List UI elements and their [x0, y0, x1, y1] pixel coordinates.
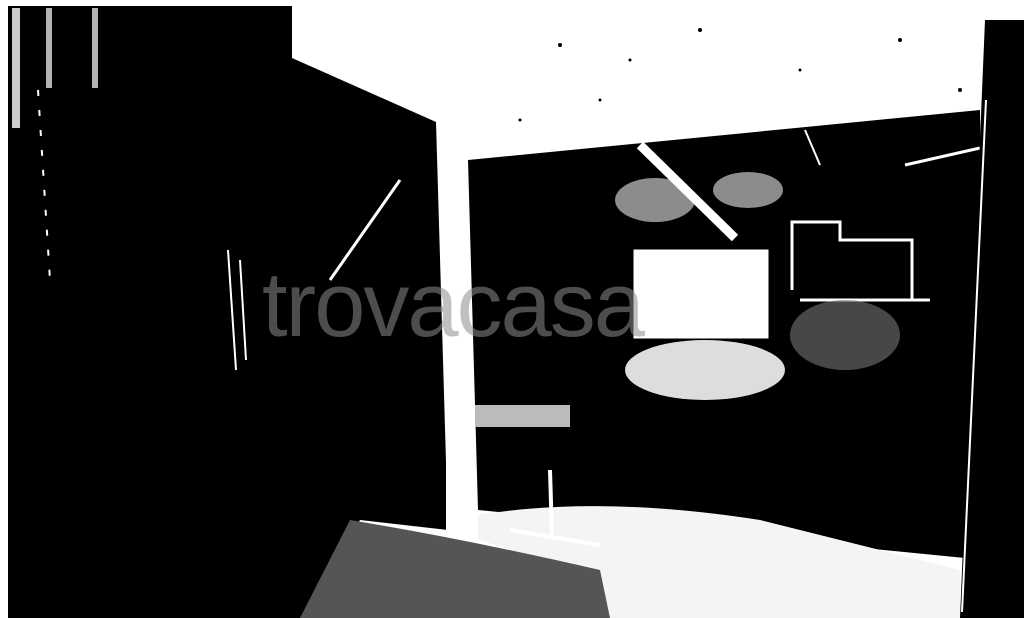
attic-room-scene [0, 0, 1024, 618]
listing-photo: trovacasa [0, 0, 1024, 618]
